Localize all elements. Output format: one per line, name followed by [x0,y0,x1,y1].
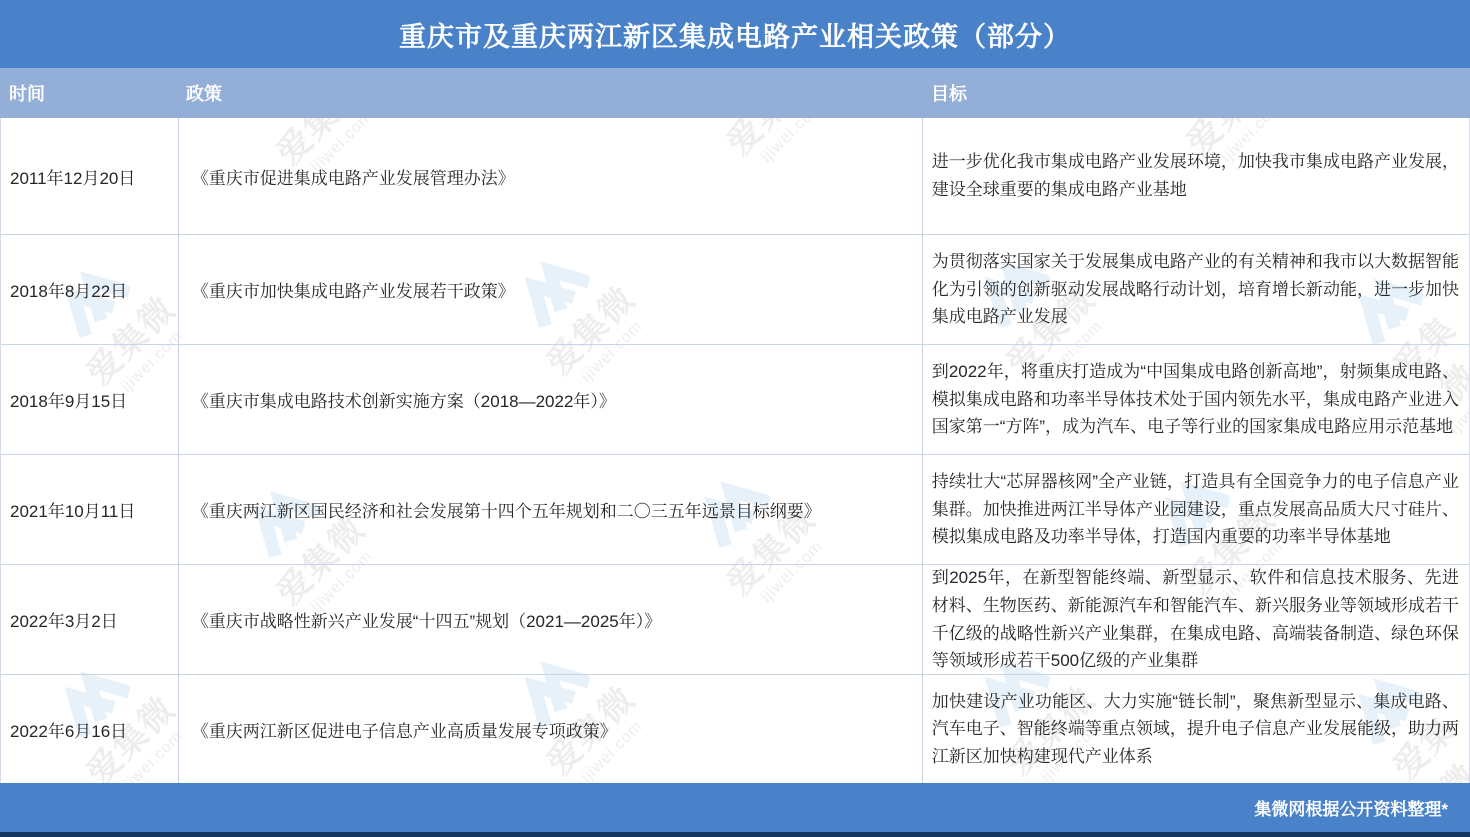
cell-date: 2018年9月15日 [1,345,178,454]
table-row: 2021年10月11日 《重庆两江新区国民经济和社会发展第十四个五年规划和二〇三… [1,455,1469,565]
cell-policy: 《重庆市加快集成电路产业发展若干政策》 [178,235,922,344]
goal-text: 持续壮大“芯屏器核网”全产业链，打造具有全国竞争力的电子信息产业集群。加快推进两… [932,468,1459,551]
goal-text: 加快建设产业功能区、大力实施“链长制”，聚焦新型显示、集成电路、汽车电子、智能终… [932,688,1459,771]
table-row: 2018年8月22日 《重庆市加快集成电路产业发展若干政策》 为贯彻落实国家关于… [1,235,1469,345]
column-header-time: 时间 [0,68,177,118]
cell-policy: 《重庆市促进集成电路产业发展管理办法》 [178,118,922,234]
bottom-accent-strip [0,832,1470,837]
cell-policy: 《重庆两江新区促进电子信息产业高质量发展专项政策》 [178,675,922,783]
footer-bar: 集微网根据公开资料整理* [0,783,1470,832]
table-title-bar: 重庆市及重庆两江新区集成电路产业相关政策（部分） [0,0,1470,68]
cell-goal: 到2025年，在新型智能终端、新型显示、软件和信息技术服务、先进材料、生物医药、… [922,565,1469,674]
cell-goal: 为贯彻落实国家关于发展集成电路产业的有关精神和我市以大数据智能化为引领的创新驱动… [922,235,1469,344]
cell-policy: 《重庆市集成电路技术创新实施方案（2018—2022年）》 [178,345,922,454]
cell-goal: 到2022年，将重庆打造成为“中国集成电路创新高地”，射频集成电路、模拟集成电路… [922,345,1469,454]
table-body: 2011年12月20日 《重庆市促进集成电路产业发展管理办法》 进一步优化我市集… [0,118,1470,783]
cell-goal: 持续壮大“芯屏器核网”全产业链，打造具有全国竞争力的电子信息产业集群。加快推进两… [922,455,1469,564]
cell-policy: 《重庆两江新区国民经济和社会发展第十四个五年规划和二〇三五年远景目标纲要》 [178,455,922,564]
cell-goal: 加快建设产业功能区、大力实施“链长制”，聚焦新型显示、集成电路、汽车电子、智能终… [922,675,1469,783]
goal-text: 为贯彻落实国家关于发展集成电路产业的有关精神和我市以大数据智能化为引领的创新驱动… [932,248,1459,331]
source-credit: 集微网根据公开资料整理* [1254,795,1448,820]
goal-text: 到2025年，在新型智能终端、新型显示、软件和信息技术服务、先进材料、生物医药、… [932,564,1459,674]
table-row: 2018年9月15日 《重庆市集成电路技术创新实施方案（2018—2022年）》… [1,345,1469,455]
policy-table-page: 爱集微 ijiwei.com 爱集微 ijiwei.com 爱集微 ijiwei… [0,0,1470,837]
goal-text: 到2022年，将重庆打造成为“中国集成电路创新高地”，射频集成电路、模拟集成电路… [932,358,1459,441]
page-title: 重庆市及重庆两江新区集成电路产业相关政策（部分） [399,15,1071,54]
table-row: 2022年3月2日 《重庆市战略性新兴产业发展“十四五”规划（2021—2025… [1,565,1469,675]
column-header-row: 时间 政策 目标 [0,68,1470,118]
table-row: 2022年6月16日 《重庆两江新区促进电子信息产业高质量发展专项政策》 加快建… [1,675,1469,783]
cell-policy: 《重庆市战略性新兴产业发展“十四五”规划（2021—2025年）》 [178,565,922,674]
cell-date: 2021年10月11日 [1,455,178,564]
cell-date: 2011年12月20日 [1,118,178,234]
cell-date: 2022年6月16日 [1,675,178,783]
table-row: 2011年12月20日 《重庆市促进集成电路产业发展管理办法》 进一步优化我市集… [1,118,1469,235]
column-header-goal: 目标 [922,68,1470,118]
goal-text: 进一步优化我市集成电路产业发展环境，加快我市集成电路产业发展，建设全球重要的集成… [932,148,1459,203]
cell-goal: 进一步优化我市集成电路产业发展环境，加快我市集成电路产业发展，建设全球重要的集成… [922,118,1469,234]
cell-date: 2022年3月2日 [1,565,178,674]
cell-date: 2018年8月22日 [1,235,178,344]
column-header-policy: 政策 [177,68,922,118]
